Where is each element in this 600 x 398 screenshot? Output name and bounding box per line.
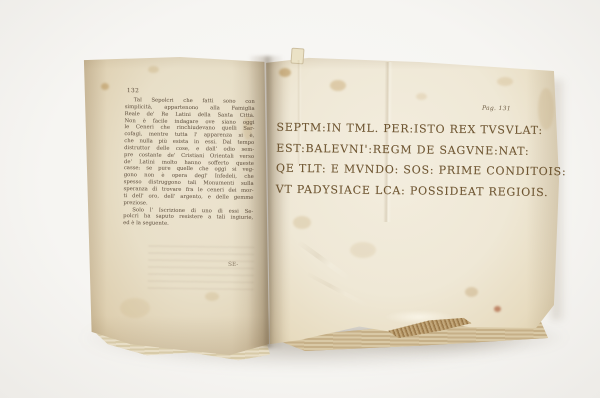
right-page-label: Pag. 131 bbox=[482, 105, 511, 113]
left-page-number: 132 bbox=[127, 88, 139, 95]
foxing-stain bbox=[293, 216, 311, 229]
foxing-stain bbox=[205, 292, 219, 301]
foxing-stain bbox=[148, 66, 159, 73]
inscription-line: QE TLT: E MVNDO: SOS: PRIME CONDITOIS: bbox=[276, 162, 491, 185]
show-through-text bbox=[148, 245, 255, 292]
inscription-block: SEPTM:IN TML. PER:ISTO REX TVSVLAT: EST:… bbox=[276, 121, 492, 206]
foxing-stain bbox=[465, 287, 478, 297]
left-page-text-block: 132 Tal Sepolcri che fatti sono con simp… bbox=[123, 88, 255, 229]
catchword: SE- bbox=[228, 262, 238, 268]
foxing-stain bbox=[416, 93, 427, 100]
inscription-line: VT PADYSIACE LCA: POSSIDEAT REGIOIS. bbox=[276, 182, 491, 205]
inscription-line: SEPTM:IN TML. PER:ISTO REX TVSVLAT: bbox=[276, 121, 491, 144]
foxing-stain bbox=[279, 68, 291, 77]
foxing-stain bbox=[330, 80, 346, 91]
foxing-stain bbox=[120, 298, 150, 318]
foxing-stain bbox=[101, 83, 109, 90]
left-page-paragraphs: Tal Sepolcri che fatti sono con simplici… bbox=[123, 97, 255, 229]
foxing-stain bbox=[350, 242, 376, 258]
inscription-line: EST:BALEVNI':REGM DE SAGVNE:NAT: bbox=[276, 141, 491, 164]
foxing-stain bbox=[497, 77, 513, 86]
foxing-stain bbox=[494, 306, 501, 312]
book-photograph: 132 Tal Sepolcri che fatti sono con simp… bbox=[0, 0, 600, 398]
